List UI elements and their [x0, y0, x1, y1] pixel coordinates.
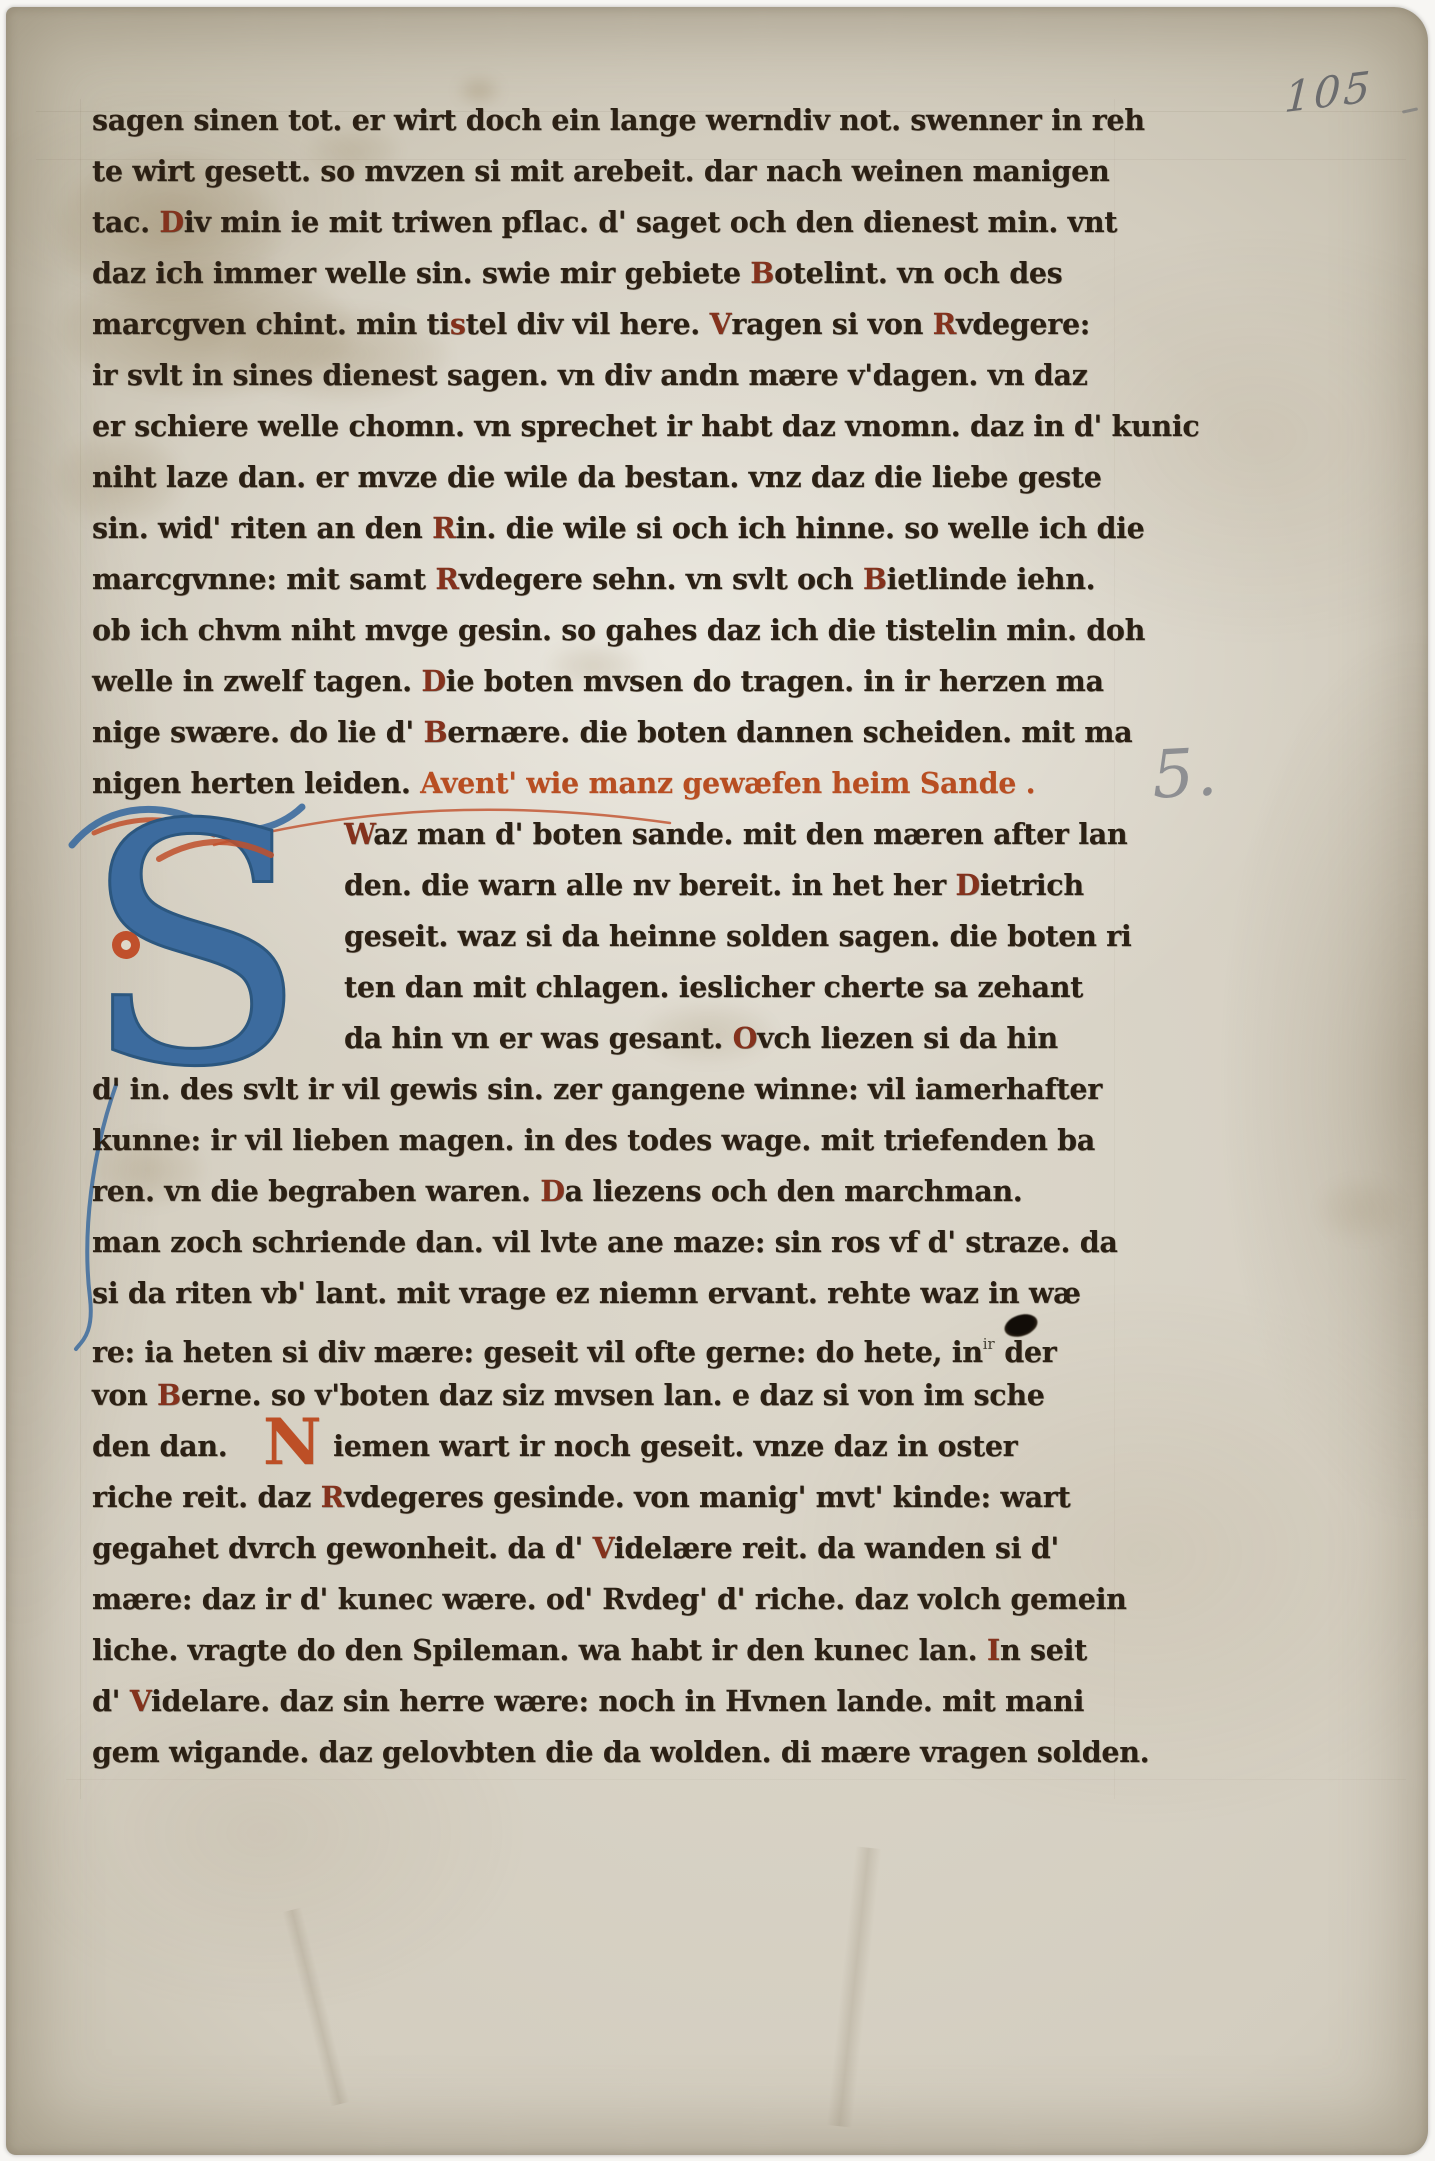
text-segment: ten dan mit chlagen. ieslicher cherte sa…: [344, 970, 1083, 1004]
text-segment: n seit: [1000, 1633, 1087, 1667]
text-segment: vch liezen si da hin: [757, 1021, 1058, 1055]
text-segment: az man d' boten sande. mit den mæren aft…: [373, 817, 1127, 851]
text-segment: d': [92, 1684, 130, 1718]
margin-mark: 5.: [1150, 733, 1221, 813]
text-segment: ob ich chvm niht mvge gesin. so gahes da…: [92, 613, 1145, 647]
text-segment: tel div vil here.: [466, 307, 710, 341]
text-segment: von: [92, 1378, 157, 1412]
folio-number: 105: [1283, 57, 1415, 123]
text-block: sagen sinen tot. er wirt doch ein lange …: [92, 95, 1132, 1778]
text-segment: den dan.: [92, 1429, 237, 1463]
text-line: ob ich chvm niht mvge gesin. so gahes da…: [92, 605, 1132, 656]
text-segment: marcgven chint. min ti: [92, 307, 450, 341]
text-line: sagen sinen tot. er wirt doch ein lange …: [92, 95, 1132, 146]
text-segment: der: [995, 1335, 1057, 1369]
text-segment: den. die warn alle nv bereit. in het her: [344, 868, 955, 902]
parchment-crease: [826, 1846, 881, 2127]
text-line: den. die warn alle nv bereit. in het her…: [92, 860, 1132, 911]
text-segment: B: [750, 256, 774, 290]
text-line: geseit. waz si da heinne solden sagen. d…: [92, 911, 1132, 962]
ruling-line: [80, 99, 81, 1799]
text-segment: nigen herten leiden.: [92, 766, 420, 800]
parchment-page: 105 5. S sagen sinen tot. er wirt doch e…: [6, 7, 1428, 2155]
text-line: den dan. Niemen wart ir noch geseit. vnz…: [92, 1421, 1132, 1472]
text-line: ten dan mit chlagen. ieslicher cherte sa…: [92, 962, 1132, 1013]
text-line: man zoch schriende dan. vil lvte ane maz…: [92, 1217, 1132, 1268]
text-segment: te wirt gesett. so mvzen si mit arebeit.…: [92, 154, 1109, 188]
text-segment: otelint. vn och des: [774, 256, 1062, 290]
text-line: kunne: ir vil lieben magen. in des todes…: [92, 1115, 1132, 1166]
text-line: liche. vragte do den Spileman. wa habt i…: [92, 1625, 1132, 1676]
text-line: d' Videlare. daz sin herre wære: noch in…: [92, 1676, 1132, 1727]
text-segment: R: [435, 562, 458, 596]
text-line: nigen herten leiden. Avent' wie manz gew…: [92, 758, 1132, 809]
text-segment: geseit. waz si da heinne solden sagen. d…: [344, 919, 1131, 953]
text-segment: marcgvnne: mit samt: [92, 562, 435, 596]
text-line: niht laze dan. er mvze die wile da besta…: [92, 452, 1132, 503]
text-segment: idelare. daz sin herre wære: noch in Hvn…: [151, 1684, 1084, 1718]
text-segment: niht laze dan. er mvze die wile da besta…: [92, 460, 1102, 494]
text-line: si da riten vb' lant. mit vrage ez niemn…: [92, 1268, 1132, 1319]
text-line: marcgven chint. min tistel div vil here.…: [92, 299, 1132, 350]
text-segment: nige swære. do lie d': [92, 715, 423, 749]
text-line: ren. vn die begraben waren. Da liezens o…: [92, 1166, 1132, 1217]
text-segment: ietrich: [980, 868, 1084, 902]
text-segment: s: [450, 307, 466, 341]
text-segment: D: [540, 1174, 564, 1208]
text-line: marcgvnne: mit samt Rvdegere sehn. vn sv…: [92, 554, 1132, 605]
text-segment: V: [130, 1684, 151, 1718]
text-segment: ir svlt in sines dienest sagen. vn div a…: [92, 358, 1088, 392]
text-segment: si da riten vb' lant. mit vrage ez niemn…: [92, 1276, 1081, 1310]
text-segment: iemen wart ir noch geseit. vnze daz in o…: [333, 1429, 1017, 1463]
text-segment: ie boten mvsen do tragen. in ir herzen m…: [446, 664, 1104, 698]
parchment-crease: [282, 1908, 350, 2107]
text-segment: I: [987, 1633, 1000, 1667]
text-segment: kunne: ir vil lieben magen. in des todes…: [92, 1123, 1095, 1157]
text-segment: R: [321, 1480, 344, 1514]
text-line: sin. wid' riten an den Rin. die wile si …: [92, 503, 1132, 554]
text-line: re: ia heten si div mære: geseit vil oft…: [92, 1319, 1132, 1370]
stain: [1316, 1177, 1406, 1242]
text-line: gegahet dvrch gewonheit. da d' Videlære …: [92, 1523, 1132, 1574]
text-segment: ernære. die boten dannen scheiden. mit m…: [447, 715, 1132, 749]
text-segment: in. die wile si och ich hinne. so welle …: [455, 511, 1144, 545]
text-segment: da hin vn er was gesant.: [344, 1021, 733, 1055]
text-segment: tac.: [92, 205, 159, 239]
manuscript-scan: 105 5. S sagen sinen tot. er wirt doch e…: [0, 0, 1435, 2161]
text-segment: R: [432, 511, 455, 545]
text-segment: B: [423, 715, 447, 749]
text-segment: W: [344, 817, 373, 851]
text-segment: re: ia heten si div mære: geseit vil oft…: [92, 1335, 983, 1369]
text-segment: welle in zwelf tagen.: [92, 664, 421, 698]
text-segment: mære: daz ir d' kunec wære. od' Rvdeg' d…: [92, 1582, 1127, 1616]
text-segment: riche reit. daz: [92, 1480, 321, 1514]
text-segment: R: [933, 307, 956, 341]
text-segment: iv min ie mit triwen pflac. d' saget och…: [184, 205, 1117, 239]
text-segment: man zoch schriende dan. vil lvte ane maz…: [92, 1225, 1118, 1259]
text-line: mære: daz ir d' kunec wære. od' Rvdeg' d…: [92, 1574, 1132, 1625]
text-line: da hin vn er was gesant. Ovch liezen si …: [92, 1013, 1132, 1064]
text-line: er schiere welle chomn. vn sprechet ir h…: [92, 401, 1132, 452]
red-initial-n: N: [237, 1405, 333, 1480]
ruling-line: [66, 1779, 1406, 1780]
text-segment: V: [710, 307, 732, 341]
text-segment: B: [157, 1378, 181, 1412]
text-line: d' in. des svlt ir vil gewis sin. zer ga…: [92, 1064, 1132, 1115]
text-segment: sin. wid' riten an den: [92, 511, 432, 545]
text-segment: ietlinde iehn.: [887, 562, 1096, 596]
text-segment: liche. vragte do den Spileman. wa habt i…: [92, 1633, 987, 1667]
text-line: welle in zwelf tagen. Die boten mvsen do…: [92, 656, 1132, 707]
text-segment: ragen si von: [731, 307, 932, 341]
text-segment: ren. vn die begraben waren.: [92, 1174, 540, 1208]
text-segment: vdegere:: [956, 307, 1090, 341]
folio-dash-mark: [1402, 107, 1418, 113]
text-segment: a liezens och den marchman.: [565, 1174, 1023, 1208]
text-segment: er schiere welle chomn. vn sprechet ir h…: [92, 409, 1199, 443]
text-line: daz ich immer welle sin. swie mir gebiet…: [92, 248, 1132, 299]
text-segment: gem wigande. daz gelovbten die da wolden…: [92, 1735, 1149, 1769]
text-line: gem wigande. daz gelovbten die da wolden…: [92, 1727, 1132, 1778]
text-segment: B: [863, 562, 887, 596]
rubric-text: Avent' wie manz gewæfen heim Sande .: [420, 766, 1035, 800]
text-segment: daz ich immer welle sin. swie mir gebiet…: [92, 256, 750, 290]
text-segment: D: [955, 868, 979, 902]
text-segment: vdegeres gesinde. von manig' mvt' kinde:…: [344, 1480, 1070, 1514]
text-line: nige swære. do lie d' Bernære. die boten…: [92, 707, 1132, 758]
text-segment: idelære reit. da wanden si d': [614, 1531, 1059, 1565]
text-segment: D: [421, 664, 445, 698]
text-segment: ir: [983, 1335, 995, 1353]
text-line: ir svlt in sines dienest sagen. vn div a…: [92, 350, 1132, 401]
text-segment: sagen sinen tot. er wirt doch ein lange …: [92, 103, 1145, 137]
text-segment: vdegere sehn. vn svlt och: [459, 562, 863, 596]
text-segment: V: [593, 1531, 614, 1565]
text-segment: gegahet dvrch gewonheit. da d': [92, 1531, 593, 1565]
text-line: te wirt gesett. so mvzen si mit arebeit.…: [92, 146, 1132, 197]
text-segment: O: [733, 1021, 758, 1055]
text-line: Waz man d' boten sande. mit den mæren af…: [92, 809, 1132, 860]
text-segment: D: [159, 205, 183, 239]
text-line: tac. Div min ie mit triwen pflac. d' sag…: [92, 197, 1132, 248]
text-segment: d' in. des svlt ir vil gewis sin. zer ga…: [92, 1072, 1102, 1106]
